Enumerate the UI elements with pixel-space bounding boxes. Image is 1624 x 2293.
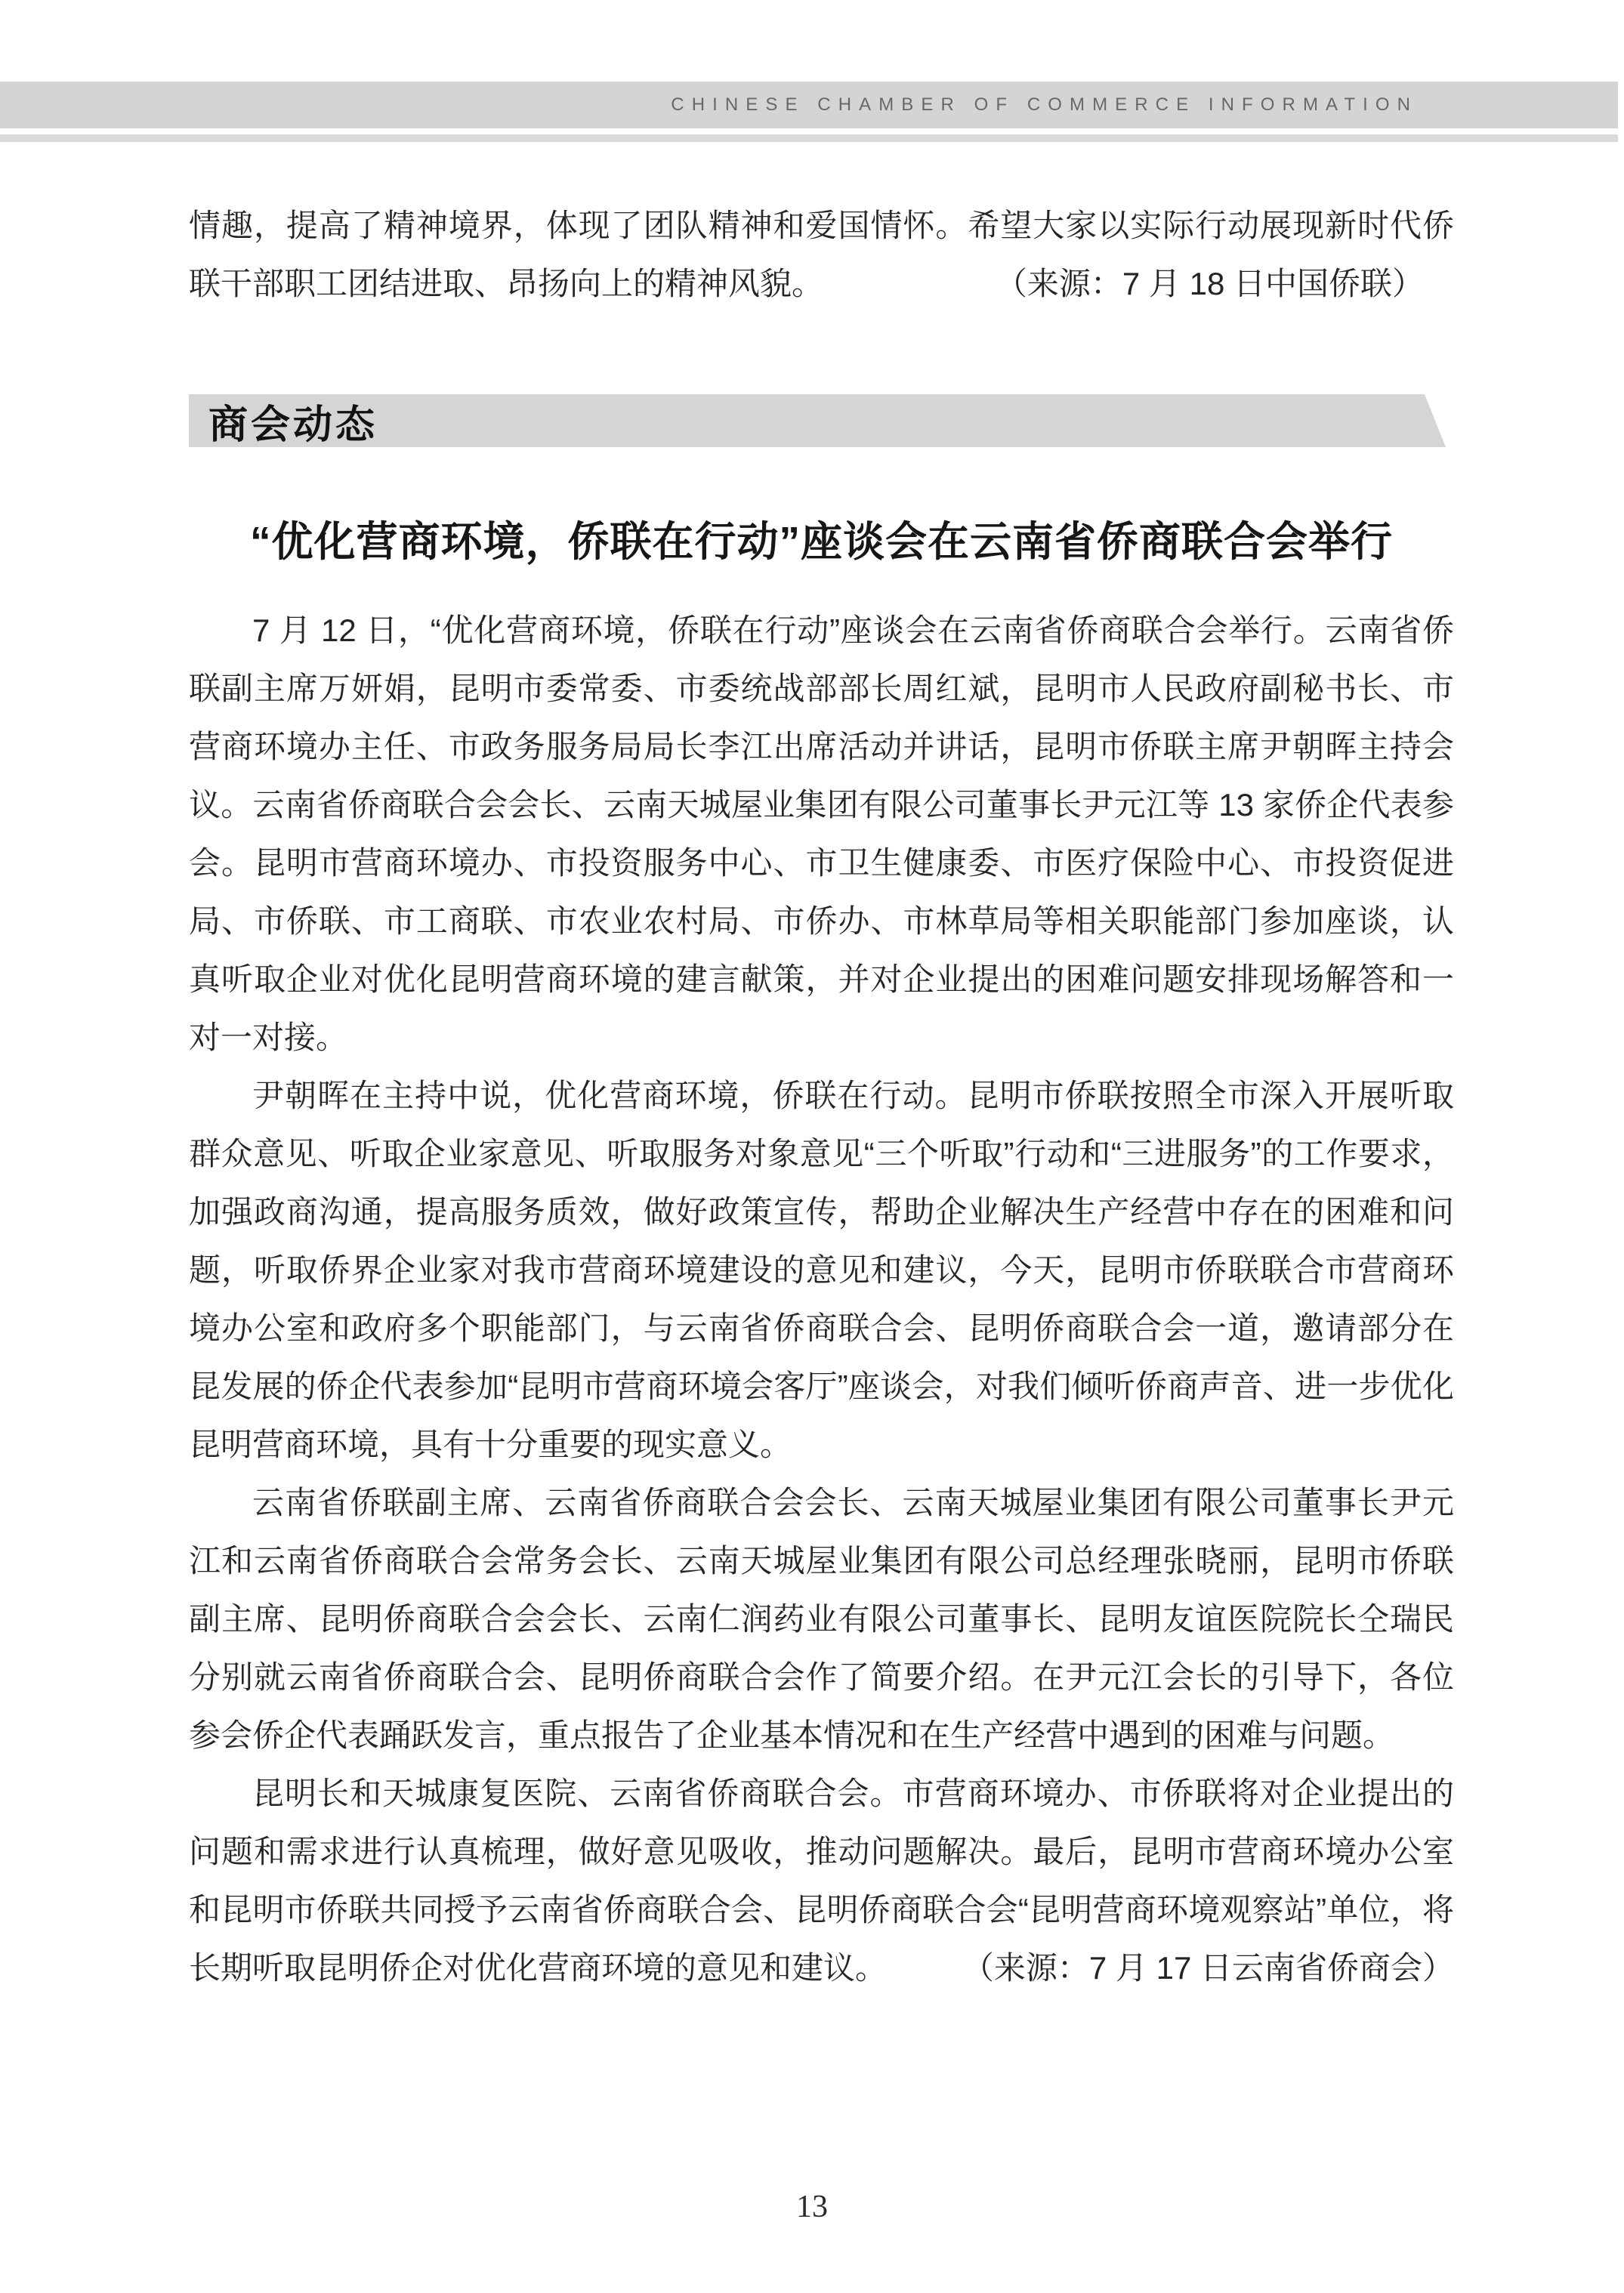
article-body: 7 月 12 日，“优化营商环境，侨联在行动”座谈会在云南省侨商联合会举行。云南… (189, 601, 1454, 1997)
article-source-citation: （来源：7 月 17 日云南省侨商会） (962, 1939, 1454, 1997)
article-last-paragraph-row: 昆明长和天城康复医院、云南省侨商联合会。市营商环境办、市侨联将对企业提出的问题和… (189, 1764, 1454, 1997)
intro-source-citation: （来源：7 月 18 日中国侨联） (996, 255, 1424, 313)
intro-paragraph: 情趣，提高了精神境界，体现了团队精神和爱国情怀。希望大家以实际行动展现新时代侨联… (189, 196, 1454, 313)
article-title: “优化营商环境，侨联在行动”座谈会在云南省侨商联合会举行 (189, 518, 1454, 565)
article-paragraph: 尹朝晖在主持中说，优化营商环境，侨联在行动。昆明市侨联按照全市深入开展听取群众意… (189, 1066, 1454, 1474)
article-paragraph: 7 月 12 日，“优化营商环境，侨联在行动”座谈会在云南省侨商联合会举行。云南… (189, 601, 1454, 1066)
document-page: CHINESE CHAMBER OF COMMERCE INFORMATION … (0, 0, 1624, 2293)
section-header-box: 商会动态 (189, 394, 1446, 447)
content-column: 情趣，提高了精神境界，体现了团队精神和爱国情怀。希望大家以实际行动展现新时代侨联… (189, 0, 1454, 1997)
article-paragraph: 云南省侨联副主席、云南省侨商联合会会长、云南天城屋业集团有限公司董事长尹元江和云… (189, 1474, 1454, 1764)
page-number: 13 (0, 2189, 1624, 2225)
section-label: 商会动态 (208, 393, 378, 449)
